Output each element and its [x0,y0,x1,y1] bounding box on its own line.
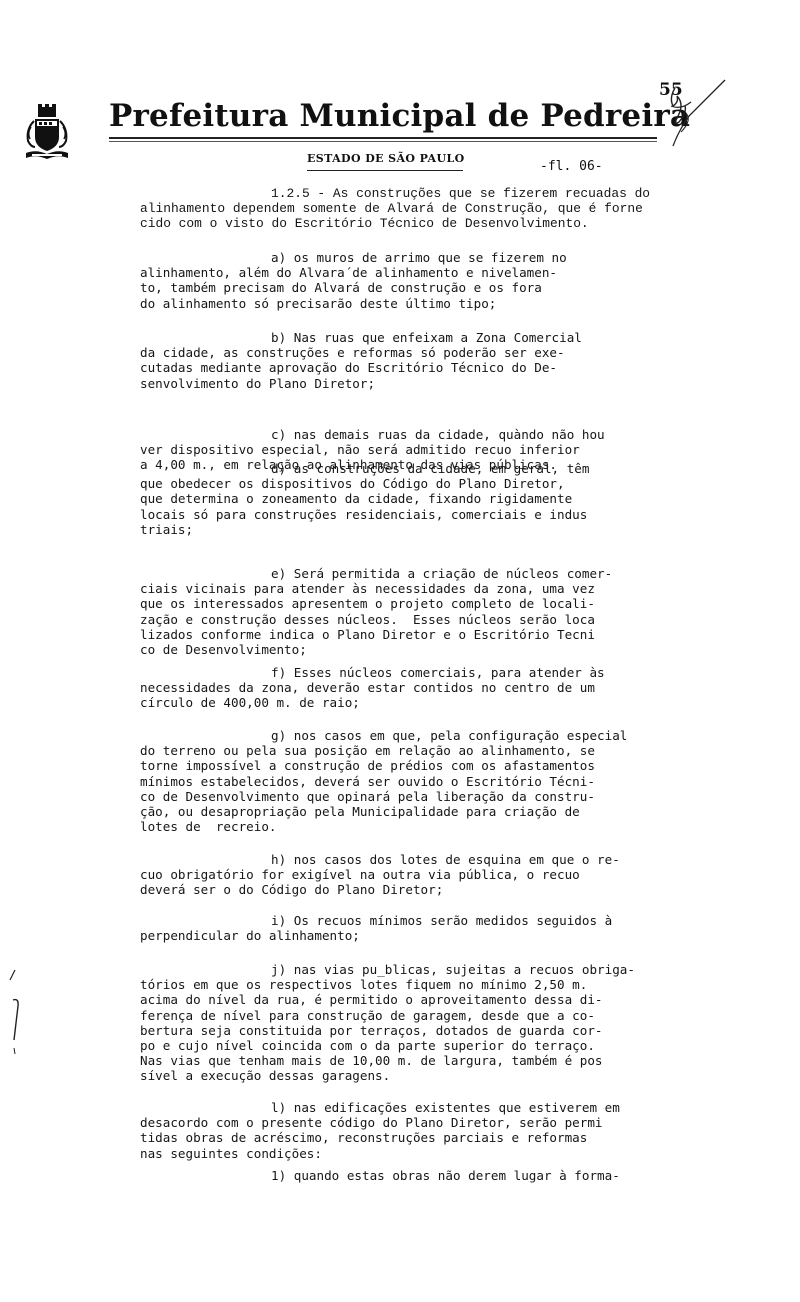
paragraph-line: locais só para construções residenciais,… [140,507,730,522]
paragraph-line: ferença de nível para construção de gara… [140,1008,730,1023]
paragraph-line: círculo de 400,00 m. de raio; [140,695,730,710]
paragraph-line: tidas obras de acréscimo, reconstruções … [140,1130,730,1145]
paragraph-line: alinhamento dependem somente de Alvará d… [140,201,730,216]
paragraph-line: perpendicular do alinhamento; [140,928,730,943]
paragraph-lead-line: j) nas vias pu̲blicas, sujeitas a recuos… [140,962,730,977]
paragraph-lead-line: h) nos casos dos lotes de esquina em que… [140,852,730,867]
paragraph-h: h) nos casos dos lotes de esquina em que… [140,852,730,898]
paragraph-line: triais; [140,522,730,537]
paragraph-f: f) Esses núcleos comerciais, para atende… [140,665,730,711]
paragraph-lead-line: 1.2.5 - As construções que se fizerem re… [140,186,730,201]
paragraph-line: que os interessados apresentem o projeto… [140,596,730,611]
paragraph-line: ciais vicinais para atender às necessida… [140,581,730,596]
paragraph-lead-line: d) as construções da cidade, em geral, t… [140,461,730,476]
state-subtitle: ESTADO DE SÃO PAULO [307,152,465,165]
document-page: Prefeitura Municipal de Pedreira 55 ESTA… [0,0,800,1302]
paragraph-line: ver dispositivo especial, não será admit… [140,442,730,457]
paragraph-line: lizados conforme indica o Plano Diretor … [140,627,730,642]
paragraph-line: sível a execução dessas garagens. [140,1068,730,1083]
paragraph-lead-line: i) Os recuos mínimos serão medidos segui… [140,913,730,928]
paragraph-line: po e cujo nível coincida com o da parte … [140,1038,730,1053]
title-underline-thin [109,141,657,142]
paragraph-line: do alinhamento só precisarão deste últim… [140,296,730,311]
paragraph-lead-line: g) nos casos em que, pela configuração e… [140,728,730,743]
paragraph-line: cutadas mediante aprovação do Escritório… [140,360,730,375]
signature-initials-icon [655,76,735,148]
paragraph-line: ção, ou desapropriação pela Municipalida… [140,804,730,819]
paragraph-line: deverá ser o do Código do Plano Diretor; [140,882,730,897]
paragraph-line: do terreno ou pela sua posição em relaçã… [140,743,730,758]
paragraph-line: que determina o zoneamento da cidade, fi… [140,491,730,506]
paragraph-line: co de Desenvolvimento; [140,642,730,657]
paragraph-line: co de Desenvolvimento que opinará pela l… [140,789,730,804]
paragraph-line: bertura seja constituida por terraços, d… [140,1023,730,1038]
paragraph-line: torne impossível a construção de prédios… [140,758,730,773]
paragraph-line: cido com o visto do Escritório Técnico d… [140,216,730,231]
paragraph-1-2-5: 1.2.5 - As construções que se fizerem re… [140,186,730,232]
paragraph-line: acima do nível da rua, é permitido o apr… [140,992,730,1007]
paragraph-line: tórios em que os respectivos lotes fique… [140,977,730,992]
paragraph-lead-line: 1) quando estas obras não derem lugar à … [140,1168,730,1183]
paragraph-line: senvolvimento do Plano Diretor; [140,376,730,391]
paragraph-j: j) nas vias pu̲blicas, sujeitas a recuos… [140,962,730,1084]
municipal-coat-of-arms-icon [22,103,72,161]
paragraph-line: mínimos estabelecidos, deverá ser ouvido… [140,774,730,789]
paragraph-g: g) nos casos em que, pela configuração e… [140,728,730,834]
paragraph-e: e) Será permitida a criação de núcleos c… [140,566,730,657]
paragraph-l: l) nas edificações existentes que estive… [140,1100,730,1161]
title-underline [109,137,657,139]
paragraph-lead-line: f) Esses núcleos comerciais, para atende… [140,665,730,680]
paragraph-lead-line: a) os muros de arrimo que se fizerem no [140,250,730,265]
paragraph-lead-line: e) Será permitida a criação de núcleos c… [140,566,730,581]
paragraph-line: zação e construção desses núcleos. Esses… [140,612,730,627]
paragraph-line: necessidades da zona, deverão estar cont… [140,680,730,695]
state-underline [307,170,463,171]
paragraph-i: i) Os recuos mínimos serão medidos segui… [140,913,730,943]
paragraph-line: da cidade, as construções e reformas só … [140,345,730,360]
paragraph-a: a) os muros de arrimo que se fizerem noa… [140,250,730,311]
paragraph-line: desacordo com o presente código do Plano… [140,1115,730,1130]
paragraph-b: b) Nas ruas que enfeixam a Zona Comercia… [140,330,730,391]
paragraph-lead-line: l) nas edificações existentes que estive… [140,1100,730,1115]
page-title: Prefeitura Municipal de Pedreira [109,98,690,134]
paragraph-line: cuo obrigatório for exigível na outra vi… [140,867,730,882]
paragraph-lead-line: c) nas demais ruas da cidade, quàndo não… [140,427,730,442]
paragraph-line: lotes de recreio. [140,819,730,834]
paragraph-line: que obedecer os dispositivos do Código d… [140,476,730,491]
paragraph-lead-line: b) Nas ruas que enfeixam a Zona Comercia… [140,330,730,345]
paragraph-line: Nas vias que tenham mais de 10,00 m. de … [140,1053,730,1068]
margin-handwritten-marks [5,960,35,1060]
paragraph-line: to, também precisam do Alvará de constru… [140,280,730,295]
paragraph-line: nas seguintes condições: [140,1146,730,1161]
paragraph-l-1: 1) quando estas obras não derem lugar à … [140,1168,730,1183]
folio-number: -fl. 06- [540,159,603,174]
paragraph-line: alinhamento, além do Alvara´de alinhamen… [140,265,730,280]
paragraph-d: d) as construções da cidade, em geral, t… [140,461,730,537]
